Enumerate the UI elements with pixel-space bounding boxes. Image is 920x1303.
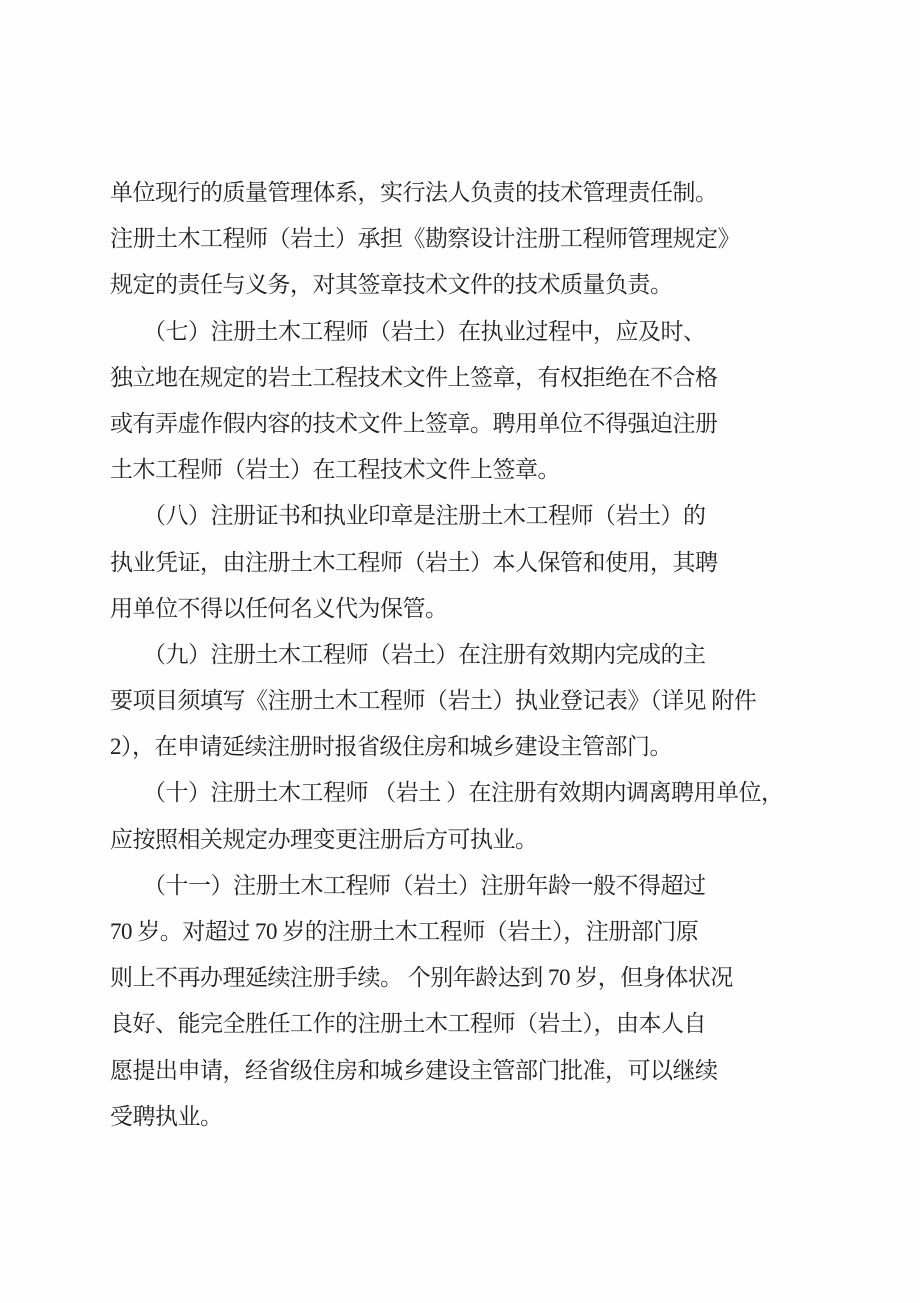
text-line: （十一）注册土木工程师（岩土）注册年龄一般不得超过 [110,863,826,909]
text-line: 用单位不得以任何名义代为保管。 [110,586,826,632]
text-line: 愿提出申请，经省级住房和城乡建设主管部门批准，可以继续 [110,1048,826,1094]
text-line: （八）注册证书和执业印章是注册土木工程师（岩土）的 [110,493,826,539]
text-line: 要项目须填写《注册土木工程师（岩土）执业登记表》（详见 附件 [110,678,826,724]
text-line: （十）注册土木工程师 （岩土 ）在注册有效期内调离聘用单位， [110,770,826,816]
document-page: 单位现行的质量管理体系，实行法人负责的技术管理责任制。注册土木工程师（岩土）承担… [0,0,920,1303]
text-line: 注册土木工程师（岩土）承担《勘察设计注册工程师管理规定》 [110,216,826,262]
text-line: （七）注册土木工程师（岩土）在执业过程中，应及时、 [110,309,826,355]
text-line: 或有弄虚作假内容的技术文件上签章。聘用单位不得强迫注册 [110,401,826,447]
text-line: 土木工程师（岩土）在工程技术文件上签章。 [110,447,826,493]
text-line: 应按照相关规定办理变更注册后方可执业。 [110,817,826,863]
text-line: 执业凭证，由注册土木工程师（岩土）本人保管和使用，其聘 [110,540,826,586]
text-block: 单位现行的质量管理体系，实行法人负责的技术管理责任制。注册土木工程师（岩土）承担… [110,170,826,1140]
text-line: 则上不再办理延续注册手续。 个别年龄达到 70 岁，但身体状况 [110,955,826,1001]
text-line: 2），在申请延续注册时报省级住房和城乡建设主管部门。 [110,724,826,770]
text-line: 独立地在规定的岩土工程技术文件上签章，有权拒绝在不合格 [110,355,826,401]
text-line: 良好、能完全胜任工作的注册土木工程师（岩土），由本人自 [110,1001,826,1047]
text-line: （九）注册土木工程师（岩土）在注册有效期内完成的主 [110,632,826,678]
text-line: 70 岁。对超过 70 岁的注册土木工程师（岩土），注册部门原 [110,909,826,955]
text-line: 单位现行的质量管理体系，实行法人负责的技术管理责任制。 [110,170,826,216]
text-line: 受聘执业。 [110,1094,826,1140]
text-line: 规定的责任与义务，对其签章技术文件的技术质量负责。 [110,262,826,308]
